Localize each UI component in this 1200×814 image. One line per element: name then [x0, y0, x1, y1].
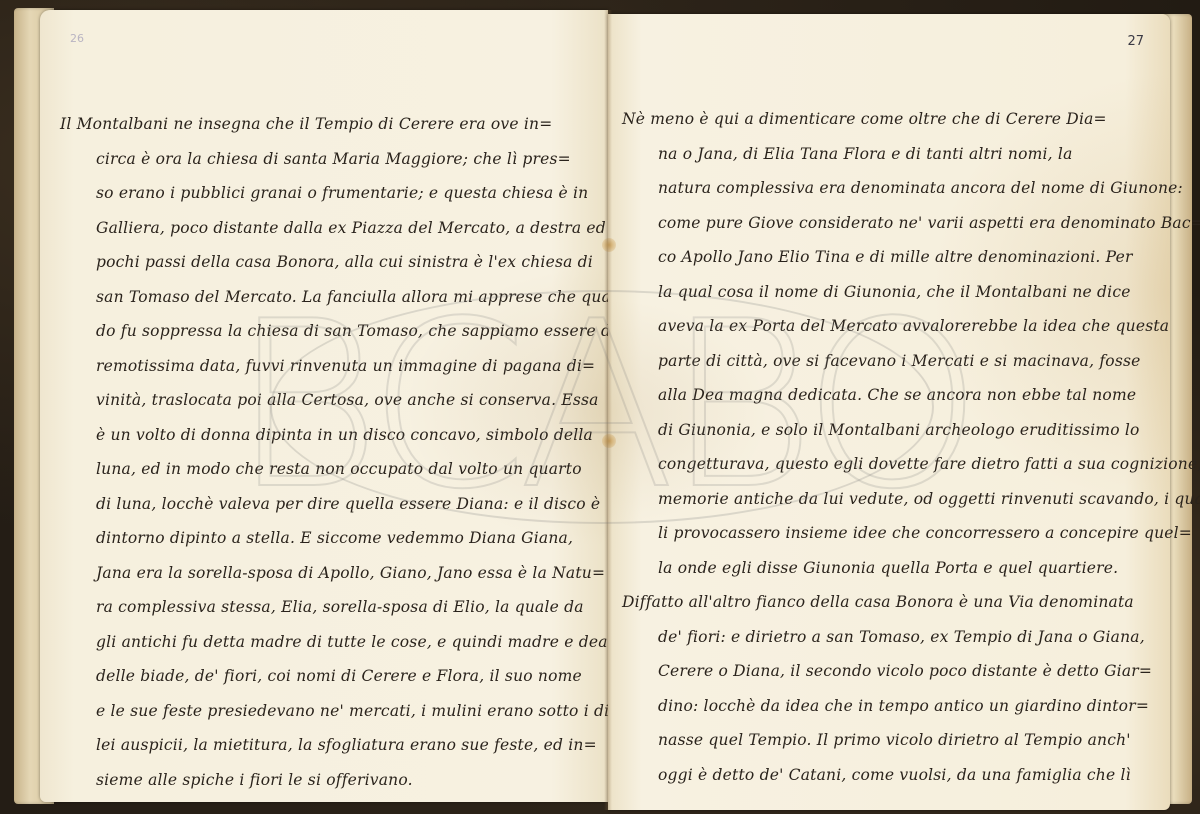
text-line: come pure Giove considerato ne' varii as…: [622, 206, 1162, 241]
text-line: remotissima data, fuvvi rinvenuta un imm…: [60, 349, 600, 384]
text-line: Il Montalbani ne insegna che il Tempio d…: [60, 107, 600, 142]
page-number-left: 26: [70, 32, 84, 45]
text-line: la onde egli disse Giunonia quella Porta…: [622, 551, 1162, 586]
text-line: ra complessiva stessa, Elia, sorella-spo…: [60, 590, 600, 625]
text-line: de' fiori: e dirietro a san Tomaso, ex T…: [622, 620, 1162, 655]
text-line: e le sue feste presiedevano ne' mercati,…: [60, 694, 600, 729]
text-line: memorie antiche da lui vedute, od oggett…: [622, 482, 1162, 517]
text-line: Diffatto all'altro fianco della casa Bon…: [622, 585, 1162, 620]
text-line: Nè meno è qui a dimenticare come oltre c…: [622, 102, 1162, 137]
text-line: so erano i pubblici granai o frumentarie…: [60, 176, 600, 211]
text-line: li provocassero insieme idee che concorr…: [622, 516, 1162, 551]
text-line: vinità, traslocata poi alla Certosa, ove…: [60, 383, 600, 418]
text-line: Jana era la sorella-sposa di Apollo, Gia…: [60, 556, 600, 591]
right-page: 27 Nè meno è qui a dimenticare come oltr…: [608, 14, 1170, 810]
text-line: nasse quel Tempio. Il primo vicolo dirie…: [622, 723, 1162, 758]
text-line: alla Dea magna dedicata. Che se ancora n…: [622, 378, 1162, 413]
text-line: oggi è detto de' Catani, come vuolsi, da…: [622, 758, 1162, 793]
text-line: è un volto di donna dipinta in un disco …: [60, 418, 600, 453]
text-line: na o Jana, di Elia Tana Flora e di tanti…: [622, 137, 1162, 172]
left-page: 26 Il Montalbani ne insegna che il Tempi…: [40, 10, 608, 802]
text-line: di Giunonia, e solo il Montalbani archeo…: [622, 413, 1162, 448]
text-line: do fu soppressa la chiesa di san Tomaso,…: [60, 314, 600, 349]
page-number-right: 27: [1127, 34, 1144, 49]
text-line: dino: locchè da idea che in tempo antico…: [622, 689, 1162, 724]
text-line: pochi passi della casa Bonora, alla cui …: [60, 245, 600, 280]
text-line: luna, ed in modo che resta non occupato …: [60, 452, 600, 487]
text-line: di luna, locchè valeva per dire quella e…: [60, 487, 600, 522]
text-line: circa è ora la chiesa di santa Maria Mag…: [60, 142, 600, 177]
text-line: Cerere o Diana, il secondo vicolo poco d…: [622, 654, 1162, 689]
text-line: delle biade, de' fiori, coi nomi di Cere…: [60, 659, 600, 694]
right-page-text: Nè meno è qui a dimenticare come oltre c…: [622, 102, 1162, 792]
text-line: la qual cosa il nome di Giunonia, che il…: [622, 275, 1162, 310]
text-line: gli antichi fu detta madre di tutte le c…: [60, 625, 600, 660]
text-line: parte di città, ove si facevano i Mercat…: [622, 344, 1162, 379]
text-line: natura complessiva era denominata ancora…: [622, 171, 1162, 206]
book-gutter: [604, 10, 612, 810]
text-line: Galliera, poco distante dalla ex Piazza …: [60, 211, 600, 246]
text-line: co Apollo Jano Elio Tina e di mille altr…: [622, 240, 1162, 275]
text-line: san Tomaso del Mercato. La fanciulla all…: [60, 280, 600, 315]
text-line: sieme alle spiche i fiori le si offeriva…: [60, 763, 600, 798]
text-line: congetturava, questo egli dovette fare d…: [622, 447, 1162, 482]
text-line: dintorno dipinto a stella. E siccome ved…: [60, 521, 600, 556]
text-line: lei auspicii, la mietitura, la sfogliatu…: [60, 728, 600, 763]
left-page-text: Il Montalbani ne insegna che il Tempio d…: [60, 107, 600, 797]
text-line: aveva la ex Porta del Mercato avvalorere…: [622, 309, 1162, 344]
